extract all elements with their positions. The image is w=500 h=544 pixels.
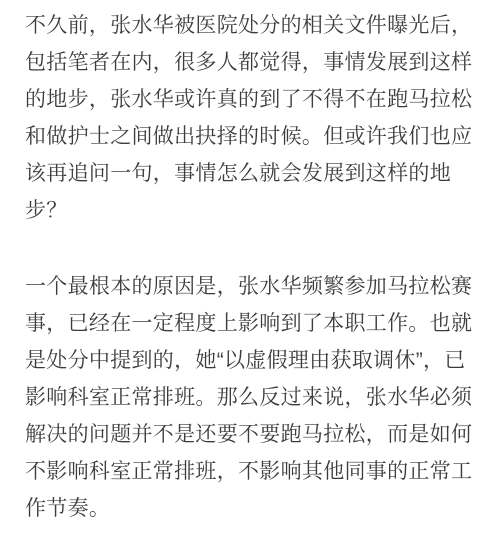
text-line: 该再追问一句，事情怎么就会发展到这样的地 (25, 155, 476, 192)
text-line: 不影响科室正常排班，不影响其他同事的正常工 (25, 453, 476, 490)
text-line: 影响科室正常排班。那么反过来说，张水华必须 (25, 379, 476, 416)
text-line: 事，已经在一定程度上影响到了本职工作。也就 (25, 305, 476, 342)
text-line: 步？ (25, 192, 476, 229)
text-line: 和做护士之间做出抉择的时候。但或许我们也应 (25, 118, 476, 155)
text-line: 作节奏。 (25, 490, 476, 527)
text-line: 一个最根本的原因是，张水华频繁参加马拉松赛 (25, 268, 476, 305)
article-body: 不久前，张水华被医院处分的相关文件曝光后， 包括笔者在内，很多人都觉得，事情发展… (0, 0, 500, 527)
paragraph-2: 一个最根本的原因是，张水华频繁参加马拉松赛 事，已经在一定程度上影响到了本职工作… (25, 268, 476, 527)
text-line: 是处分中提到的，她“以虚假理由获取调休”，已 (25, 342, 476, 379)
text-line: 解决的问题并不是还要不要跑马拉松，而是如何 (25, 416, 476, 453)
paragraph-1: 不久前，张水华被医院处分的相关文件曝光后， 包括笔者在内，很多人都觉得，事情发展… (25, 7, 476, 229)
text-line: 的地步，张水华或许真的到了不得不在跑马拉松 (25, 81, 476, 118)
text-line: 不久前，张水华被医院处分的相关文件曝光后， (25, 7, 476, 44)
text-line: 包括笔者在内，很多人都觉得，事情发展到这样 (25, 44, 476, 81)
